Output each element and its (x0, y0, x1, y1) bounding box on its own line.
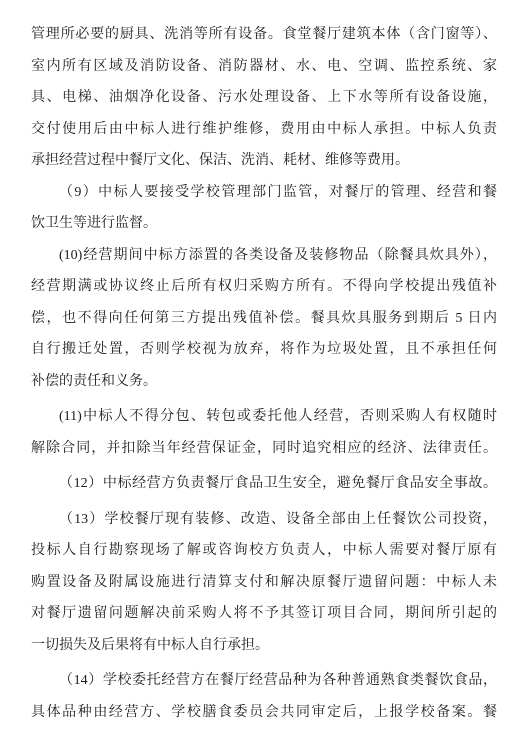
text-line: 具体品种由经营方、学校膳食委员会共同审定后，上报学校备案。餐 (31, 697, 497, 729)
text-line: 具、电梯、油烟净化设备、污水处理设备、上下水等所有设备设施， (31, 82, 497, 114)
text-line: 对餐厅遗留问题解决前采购人将不予其签订项目合同，期间所引起的 (31, 598, 497, 630)
document-page: 管理所必要的厨具、洗消等所有设备。食堂餐厅建筑本体（含门窗等）、 室内所有区域及… (0, 0, 528, 738)
text-line: 一切损失及后果将有中标人自行承担。 (31, 630, 497, 662)
text-line: （14）学校委托经营方在餐厅经营品种为各种普通熟食类餐饮食品， (31, 665, 497, 697)
text-line: 补偿的责任和义务。 (31, 366, 497, 398)
text-line: (11)中标人不得分包、转包或委托他人经营，否则采购人有权随时 (31, 401, 497, 433)
text-line: 偿，也不得向任何第三方提出残值补偿。餐具炊具服务到期后 5 日内 (31, 303, 497, 335)
text-line: (10)经营期间中标方添置的各类设备及装修物品（除餐具炊具外）， (31, 240, 497, 272)
text-line: 解除合同，并扣除当年经营保证金，同时追究相应的经济、法律责任。 (31, 433, 497, 465)
text-line: 饮卫生等进行监督。 (31, 208, 497, 240)
text-line: 经营期满或协议终止后所有权归采购方所有。不得向学校提出残值补 (31, 271, 497, 303)
paragraph-item-10: (10)经营期间中标方添置的各类设备及装修物品（除餐具炊具外）， 经营期满或协议… (31, 240, 497, 398)
text-line: 管理所必要的厨具、洗消等所有设备。食堂餐厅建筑本体（含门窗等）、 (31, 19, 497, 51)
text-line: 购置设备及附属设施进行清算支付和解决原餐厅遗留问题：中标人未 (31, 567, 497, 599)
paragraph-item-14: （14）学校委托经营方在餐厅经营品种为各种普通熟食类餐饮食品， 具体品种由经营方… (31, 665, 497, 728)
text-line: 自行搬迁处置，否则学校视为放弃，将作为垃圾处置，且不承担任何 (31, 334, 497, 366)
paragraph-item-13: （13）学校餐厅现有装修、改造、设备全部由上任餐饮公司投资， 投标人自行勘察现场… (31, 504, 497, 662)
paragraph-continuation: 管理所必要的厨具、洗消等所有设备。食堂餐厅建筑本体（含门窗等）、 室内所有区域及… (31, 19, 497, 177)
text-line: 承担经营过程中餐厅文化、保洁、洗消、耗材、维修等费用。 (31, 145, 497, 177)
paragraph-item-12: （12）中标经营方负责餐厅食品卫生安全，避免餐厅食品安全事故。 (31, 468, 497, 500)
text-line: 交付使用后由中标人进行维护维修，费用由中标人承担。中标人负责 (31, 114, 497, 146)
text-line: （12）中标经营方负责餐厅食品卫生安全，避免餐厅食品安全事故。 (31, 468, 497, 500)
paragraph-item-9: （9）中标人要接受学校管理部门监管，对餐厅的管理、经营和餐 饮卫生等进行监督。 (31, 177, 497, 240)
text-line: 投标人自行勘察现场了解或咨询校方负责人，中标人需要对餐厅原有 (31, 535, 497, 567)
text-line: 室内所有区域及消防设备、消防器材、水、电、空调、监控系统、家 (31, 51, 497, 83)
text-line: （9）中标人要接受学校管理部门监管，对餐厅的管理、经营和餐 (31, 177, 497, 209)
text-line: （13）学校餐厅现有装修、改造、设备全部由上任餐饮公司投资， (31, 504, 497, 536)
paragraph-item-11: (11)中标人不得分包、转包或委托他人经营，否则采购人有权随时 解除合同，并扣除… (31, 401, 497, 464)
